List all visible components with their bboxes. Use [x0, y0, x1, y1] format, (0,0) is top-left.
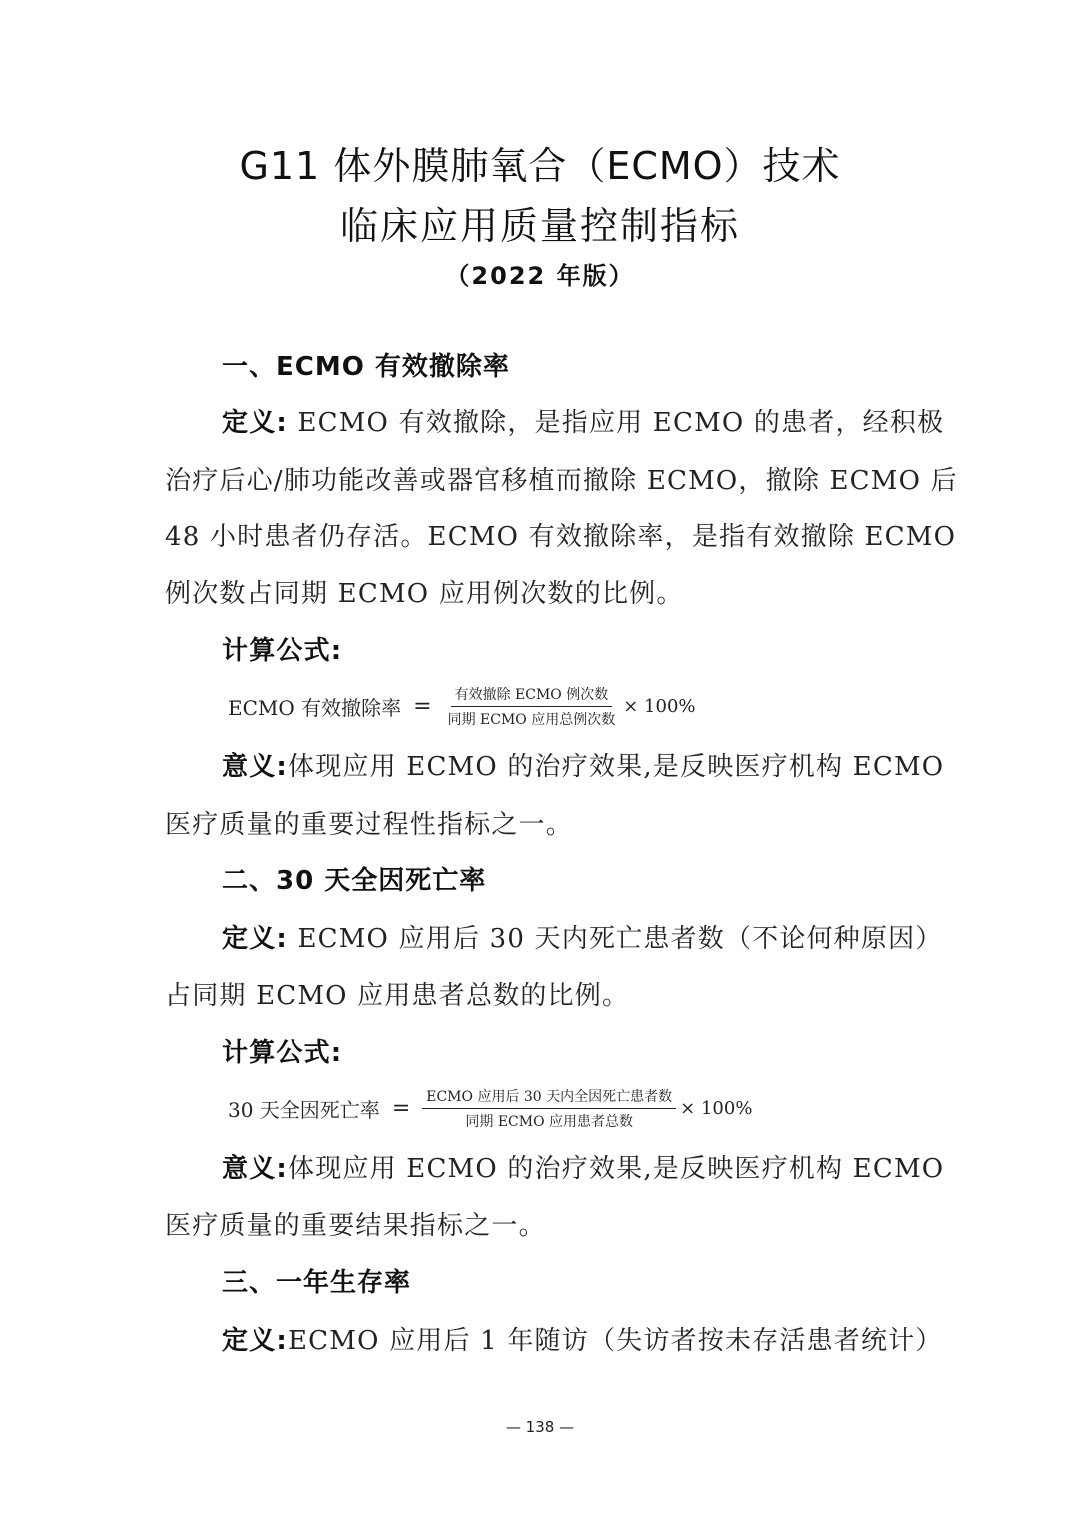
- definition-paragraph-3: 定义:ECMO 应用后 1 年随访（失访者按未存活患者统计）: [222, 1320, 982, 1357]
- definition-line: 治疗后心/肺功能改善或器官移植而撤除 ECMO，撤除 ECMO 后: [165, 460, 925, 497]
- definition-label: 定义:: [222, 408, 288, 438]
- page-number: — 138 —: [0, 1418, 1080, 1436]
- formula-lhs: 30 天全因死亡率: [228, 1094, 380, 1123]
- formula-multiplier: × 100%: [680, 1098, 752, 1119]
- significance-paragraph-1: 意义:体现应用 ECMO 的治疗效果,是反映医疗机构 ECMO: [222, 746, 982, 783]
- formula-numerator: ECMO 应用后 30 天内全因死亡患者数: [422, 1086, 676, 1109]
- formula-multiplier: × 100%: [623, 696, 695, 717]
- significance-paragraph-2: 意义:体现应用 ECMO 的治疗效果,是反映医疗机构 ECMO: [222, 1148, 982, 1185]
- definition-text: ECMO 有效撤除，是指应用 ECMO 的患者，经积极: [288, 408, 944, 438]
- significance-label: 意义:: [222, 752, 288, 782]
- significance-text: 体现应用 ECMO 的治疗效果,是反映医疗机构 ECMO: [288, 1154, 944, 1184]
- definition-text: ECMO 应用后 1 年随访（失访者按未存活患者统计）: [288, 1326, 943, 1356]
- document-title-line2: 临床应用质量控制指标: [0, 195, 1080, 250]
- section-heading-2: 二、30 天全因死亡率: [222, 860, 982, 897]
- formula-fraction: 有效撤除 ECMO 例次数 同期 ECMO 应用总例次数: [444, 684, 620, 729]
- formula-numerator: 有效撤除 ECMO 例次数: [451, 684, 613, 707]
- formula-denominator: 同期 ECMO 应用总例次数: [444, 707, 620, 729]
- document-page: G11 体外膜肺氧合（ECMO）技术 临床应用质量控制指标 （2022 年版） …: [0, 0, 1080, 1526]
- significance-label: 意义:: [222, 1154, 288, 1184]
- document-edition: （2022 年版）: [0, 256, 1080, 291]
- definition-line: 占同期 ECMO 应用患者总数的比例。: [165, 975, 925, 1012]
- significance-line: 医疗质量的重要结果指标之一。: [165, 1205, 925, 1242]
- formula-equals: =: [392, 1096, 410, 1121]
- formula-fraction: ECMO 应用后 30 天内全因死亡患者数 同期 ECMO 应用患者总数: [422, 1086, 676, 1131]
- formula-lhs: ECMO 有效撤除率: [228, 692, 401, 721]
- formula-label: 计算公式:: [222, 1032, 982, 1069]
- formula-ecmo-removal-rate: ECMO 有效撤除率 = 有效撤除 ECMO 例次数 同期 ECMO 应用总例次…: [228, 684, 696, 729]
- definition-paragraph-2: 定义: ECMO 应用后 30 天内死亡患者数（不论何种原因）: [222, 918, 982, 955]
- definition-paragraph-1: 定义: ECMO 有效撤除，是指应用 ECMO 的患者，经积极: [222, 402, 982, 439]
- definition-label: 定义:: [222, 924, 288, 954]
- section-heading-1: 一、ECMO 有效撤除率: [222, 346, 982, 383]
- significance-text: 体现应用 ECMO 的治疗效果,是反映医疗机构 ECMO: [288, 752, 944, 782]
- formula-denominator: 同期 ECMO 应用患者总数: [461, 1109, 637, 1131]
- definition-text: ECMO 应用后 30 天内死亡患者数（不论何种原因）: [288, 924, 943, 954]
- definition-line: 例次数占同期 ECMO 应用例次数的比例。: [165, 573, 925, 610]
- document-title-line1: G11 体外膜肺氧合（ECMO）技术: [0, 135, 1080, 190]
- definition-line: 48 小时患者仍存活。ECMO 有效撤除率，是指有效撤除 ECMO: [165, 516, 925, 553]
- formula-30day-mortality: 30 天全因死亡率 = ECMO 应用后 30 天内全因死亡患者数 同期 ECM…: [228, 1086, 752, 1131]
- definition-label: 定义:: [222, 1326, 288, 1356]
- formula-equals: =: [413, 694, 431, 719]
- formula-label: 计算公式:: [222, 630, 982, 667]
- significance-line: 医疗质量的重要过程性指标之一。: [165, 804, 925, 841]
- section-heading-3: 三、一年生存率: [222, 1262, 982, 1299]
